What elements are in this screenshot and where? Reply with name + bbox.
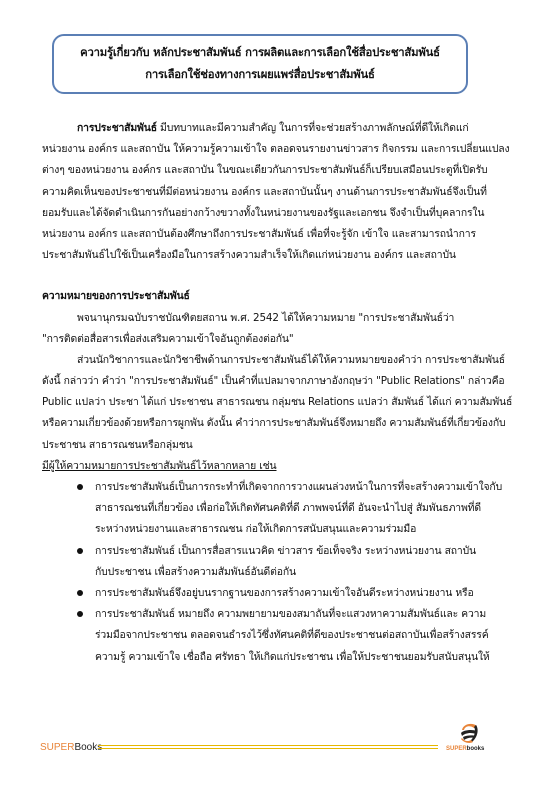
footer-divider (98, 745, 438, 749)
academic-line-1: ส่วนนักวิชาการและนักวิชาชีพด้านการประชาส… (42, 350, 512, 371)
bullet-4-line-1: การประชาสัมพันธ์ หมายถึง ความพยายามของสม… (95, 604, 512, 625)
logo-text-super: SUPER (446, 746, 467, 752)
intro-line-6: หน่วยงาน องค์กร และสถาบันต้องศึกษาถึงการ… (42, 224, 512, 245)
list-item: การประชาสัมพันธ์เป็นการกระทำที่เกิดจากกา… (42, 477, 512, 541)
academic-line-3: Public แปลว่า ประชา ได้แก่ ประชาชน สาธาร… (42, 392, 512, 413)
title-line-1: ความรู้เกี่ยวกับ หลักประชาสัมพันธ์ การผล… (80, 42, 440, 64)
bullet-icon (77, 611, 83, 617)
academic-line-4: หรือความเกี่ยวข้องด้วยหรือการผูกพัน ดังน… (42, 413, 512, 434)
footer-brand: SUPERBooks (40, 741, 102, 755)
title-line-2: การเลือกใช้ช่องทางการเผยแพร่สื่อประชาสัม… (145, 64, 374, 86)
bullet-1-line-3: ระหว่างหน่วยงานและสาธารณชน ก่อให้เกิดการ… (95, 519, 512, 540)
bullet-icon (77, 548, 83, 554)
superbooks-logo-text: SUPERbooks (446, 746, 484, 752)
bullet-4-line-3: ความรู้ ความเข้าใจ เชื่อถือ ศรัทธา ให้เก… (95, 647, 512, 668)
bullet-2-line-1: การประชาสัมพันธ์ เป็นการสื่อสารแนวคิด ข่… (95, 541, 512, 562)
section-heading-meaning: ความหมายของการประชาสัมพันธ์ (42, 286, 512, 307)
footer-brand-super: SUPER (40, 742, 74, 753)
list-item: การประชาสัมพันธ์ หมายถึง ความพยายามของสม… (42, 604, 512, 668)
section-gap (42, 266, 512, 286)
bullet-1-line-1: การประชาสัมพันธ์เป็นการกระทำที่เกิดจากกา… (95, 477, 512, 498)
bullet-icon (77, 590, 83, 596)
bullet-4-line-2: ร่วมมือจากประชาชน ตลอดจนธำรงไว้ซึ่งทัศนค… (95, 625, 512, 646)
list-item: การประชาสัมพันธ์ เป็นการสื่อสารแนวคิด ข่… (42, 541, 512, 583)
intro-line-3: ต่างๆ ของหน่วยงาน องค์กร และสถาบัน ในขณะ… (42, 160, 512, 181)
dictionary-line-1: พจนานุกรมฉบับราชบัณฑิตยสถาน พ.ศ. 2542 ได… (42, 308, 512, 329)
dictionary-line-2: "การติดต่อสื่อสารเพื่อส่งเสริมความเข้าใจ… (42, 329, 512, 350)
intro-line-1: การประชาสัมพันธ์ มีบทบาทและมีความสำคัญ ใ… (42, 118, 512, 139)
list-item: การประชาสัมพันธ์จึงอยู่บนรากฐานของการสร้… (42, 583, 512, 604)
document-body: การประชาสัมพันธ์ มีบทบาทและมีความสำคัญ ใ… (42, 118, 512, 668)
definitions-list: การประชาสัมพันธ์เป็นการกระทำที่เกิดจากกา… (42, 477, 512, 668)
academic-line-2: ดังนี้ กล่าวว่า คำว่า "การประชาสัมพันธ์"… (42, 371, 512, 392)
academic-line-5: ประชาชน สาธารณชนหรือกลุ่มชน (42, 435, 512, 456)
page-footer: SUPERBooks SUPERbooks (40, 741, 510, 759)
title-box: ความรู้เกี่ยวกับ หลักประชาสัมพันธ์ การผล… (52, 34, 468, 94)
intro-line-1-text: มีบทบาทและมีความสำคัญ ในการที่จะช่วยสร้า… (157, 122, 469, 134)
bullet-1-line-2: สาธารณชนที่เกี่ยวข้อง เพื่อก่อให้เกิดทัศ… (95, 498, 512, 519)
intro-lead-term: การประชาสัมพันธ์ (77, 122, 157, 134)
logo-text-books: books (467, 746, 485, 752)
bullet-2-line-2: กับประชาชน เพื่อสร้างความสัมพันธ์อันดีต่… (95, 562, 512, 583)
intro-line-7: ประชาสัมพันธ์ไปใช้เป็นเครื่องมือในการสร้… (42, 245, 512, 266)
bullet-3-line-1: การประชาสัมพันธ์จึงอยู่บนรากฐานของการสร้… (95, 583, 512, 604)
bullet-icon (77, 484, 83, 490)
intro-line-4: ความคิดเห็นของประชาชนที่มีต่อหน่วยงาน อง… (42, 182, 512, 203)
superbooks-logo: SUPERbooks (446, 721, 490, 757)
superbooks-logo-icon (458, 721, 480, 745)
definitions-intro: มีผู้ให้ความหมายการประชาสัมพันธ์ไว้หลากห… (42, 456, 512, 477)
intro-line-5: ยอมรับและได้จัดดำเนินการกันอย่างกว้างขวา… (42, 203, 512, 224)
intro-line-2: หน่วยงาน องค์กร และสถาบัน ให้ความรู้ความ… (42, 139, 512, 160)
